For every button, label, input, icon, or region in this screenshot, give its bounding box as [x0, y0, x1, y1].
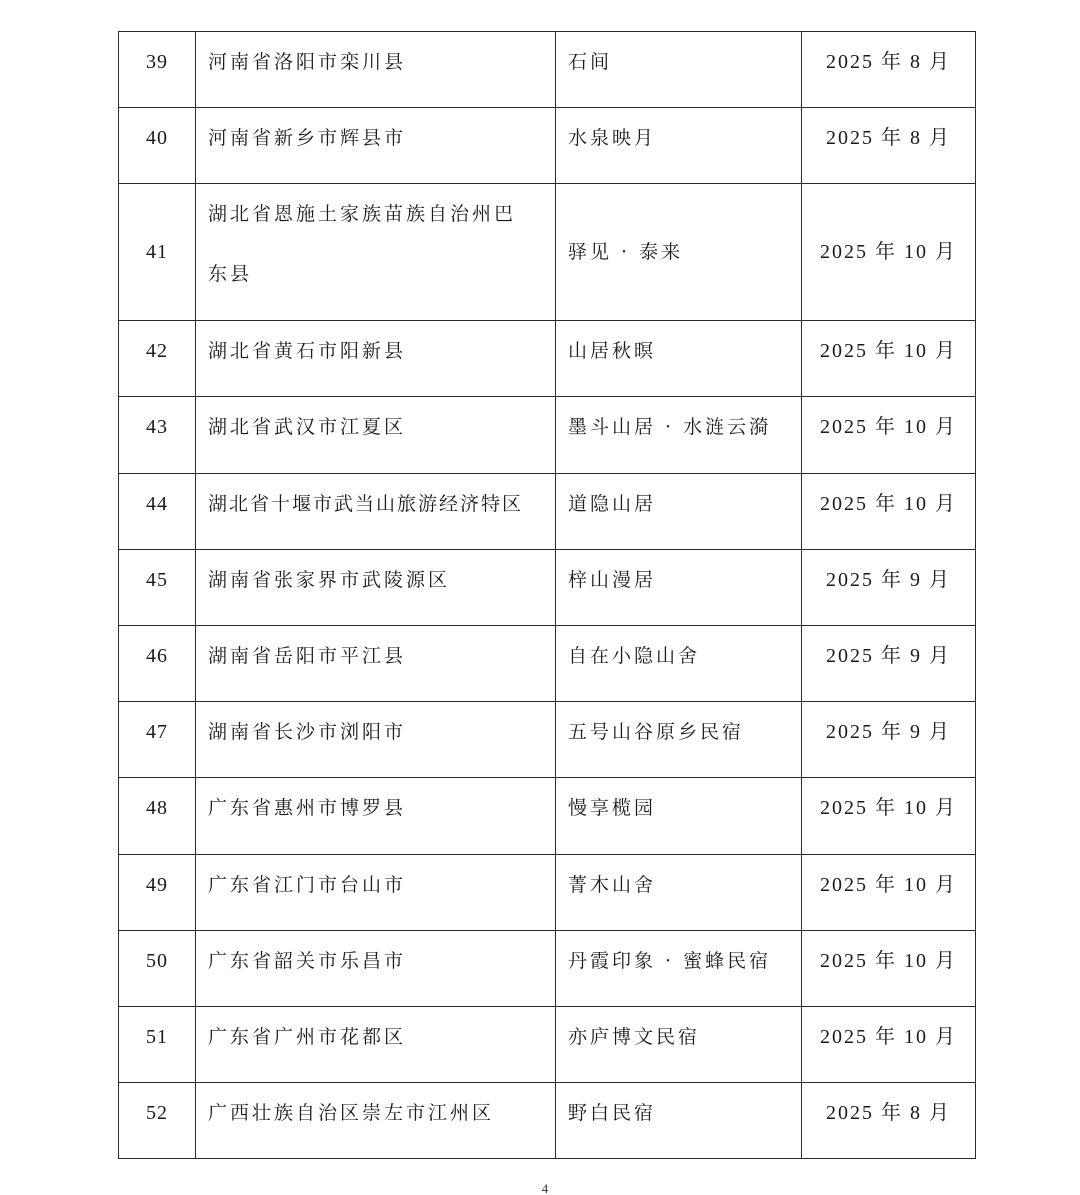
date-cell: 2025 年 10 月 [802, 1007, 976, 1083]
homestay-list-table: 39 河南省洛阳市栾川县 石间 2025 年 8 月 40 河南省新乡市辉县市 … [118, 31, 976, 1159]
homestay-name-cell: 石间 [556, 32, 802, 108]
table-row: 47 湖南省长沙市浏阳市 五号山谷原乡民宿 2025 年 9 月 [119, 702, 976, 778]
row-number: 51 [119, 1007, 196, 1083]
date-cell: 2025 年 9 月 [802, 702, 976, 778]
date-cell: 2025 年 8 月 [802, 32, 976, 108]
homestay-name-cell: 五号山谷原乡民宿 [556, 702, 802, 778]
row-number: 44 [119, 474, 196, 550]
table-row: 45 湖南省张家界市武陵源区 梓山漫居 2025 年 9 月 [119, 550, 976, 626]
table-row: 52 广西壮族自治区崇左市江州区 野白民宿 2025 年 8 月 [119, 1083, 976, 1159]
row-number: 50 [119, 931, 196, 1007]
homestay-name-cell: 野白民宿 [556, 1083, 802, 1159]
homestay-name-cell: 水泉映月 [556, 108, 802, 184]
date-cell: 2025 年 10 月 [802, 855, 976, 931]
page-number: 4 [0, 1181, 1080, 1195]
date-cell: 2025 年 9 月 [802, 626, 976, 702]
homestay-name-cell: 山居秋暝 [556, 321, 802, 397]
row-number: 47 [119, 702, 196, 778]
date-cell: 2025 年 10 月 [802, 931, 976, 1007]
date-cell: 2025 年 8 月 [802, 108, 976, 184]
row-number: 43 [119, 397, 196, 474]
table-row: 51 广东省广州市花都区 亦庐博文民宿 2025 年 10 月 [119, 1007, 976, 1083]
table-row: 41 湖北省恩施土家族苗族自治州巴东县 驿见 · 泰来 2025 年 10 月 [119, 184, 976, 321]
location-cell: 河南省洛阳市栾川县 [196, 32, 556, 108]
table-row: 43 湖北省武汉市江夏区 墨斗山居 · 水涟云漪 2025 年 10 月 [119, 397, 976, 474]
row-number: 41 [119, 184, 196, 321]
location-cell: 湖南省长沙市浏阳市 [196, 702, 556, 778]
table-row: 49 广东省江门市台山市 菁木山舍 2025 年 10 月 [119, 855, 976, 931]
date-cell: 2025 年 9 月 [802, 550, 976, 626]
table-row: 46 湖南省岳阳市平江县 自在小隐山舍 2025 年 9 月 [119, 626, 976, 702]
date-cell: 2025 年 10 月 [802, 321, 976, 397]
homestay-name-cell: 慢享榄园 [556, 778, 802, 855]
date-cell: 2025 年 10 月 [802, 474, 976, 550]
homestay-name-cell: 菁木山舍 [556, 855, 802, 931]
location-cell: 湖北省恩施土家族苗族自治州巴东县 [196, 184, 556, 321]
date-cell: 2025 年 8 月 [802, 1083, 976, 1159]
row-number: 46 [119, 626, 196, 702]
location-cell: 广西壮族自治区崇左市江州区 [196, 1083, 556, 1159]
homestay-name-cell: 道隐山居 [556, 474, 802, 550]
location-cell: 湖北省十堰市武当山旅游经济特区 [196, 474, 556, 550]
homestay-name-cell: 自在小隐山舍 [556, 626, 802, 702]
homestay-name-cell: 亦庐博文民宿 [556, 1007, 802, 1083]
row-number: 48 [119, 778, 196, 855]
location-cell: 广东省韶关市乐昌市 [196, 931, 556, 1007]
homestay-name-cell: 墨斗山居 · 水涟云漪 [556, 397, 802, 474]
location-cell: 湖南省张家界市武陵源区 [196, 550, 556, 626]
date-cell: 2025 年 10 月 [802, 184, 976, 321]
location-cell: 广东省广州市花都区 [196, 1007, 556, 1083]
row-number: 39 [119, 32, 196, 108]
row-number: 52 [119, 1083, 196, 1159]
table-row: 42 湖北省黄石市阳新县 山居秋暝 2025 年 10 月 [119, 321, 976, 397]
table-row: 48 广东省惠州市博罗县 慢享榄园 2025 年 10 月 [119, 778, 976, 855]
row-number: 45 [119, 550, 196, 626]
homestay-name-cell: 梓山漫居 [556, 550, 802, 626]
table-row: 44 湖北省十堰市武当山旅游经济特区 道隐山居 2025 年 10 月 [119, 474, 976, 550]
homestay-name-cell: 丹霞印象 · 蜜蜂民宿 [556, 931, 802, 1007]
location-cell: 湖南省岳阳市平江县 [196, 626, 556, 702]
table-row: 39 河南省洛阳市栾川县 石间 2025 年 8 月 [119, 32, 976, 108]
row-number: 42 [119, 321, 196, 397]
row-number: 40 [119, 108, 196, 184]
location-cell: 湖北省黄石市阳新县 [196, 321, 556, 397]
table-row: 50 广东省韶关市乐昌市 丹霞印象 · 蜜蜂民宿 2025 年 10 月 [119, 931, 976, 1007]
table-row: 40 河南省新乡市辉县市 水泉映月 2025 年 8 月 [119, 108, 976, 184]
location-cell: 广东省惠州市博罗县 [196, 778, 556, 855]
location-cell: 广东省江门市台山市 [196, 855, 556, 931]
date-cell: 2025 年 10 月 [802, 778, 976, 855]
row-number: 49 [119, 855, 196, 931]
date-cell: 2025 年 10 月 [802, 397, 976, 474]
location-cell: 湖北省武汉市江夏区 [196, 397, 556, 474]
location-cell: 河南省新乡市辉县市 [196, 108, 556, 184]
homestay-name-cell: 驿见 · 泰来 [556, 184, 802, 321]
